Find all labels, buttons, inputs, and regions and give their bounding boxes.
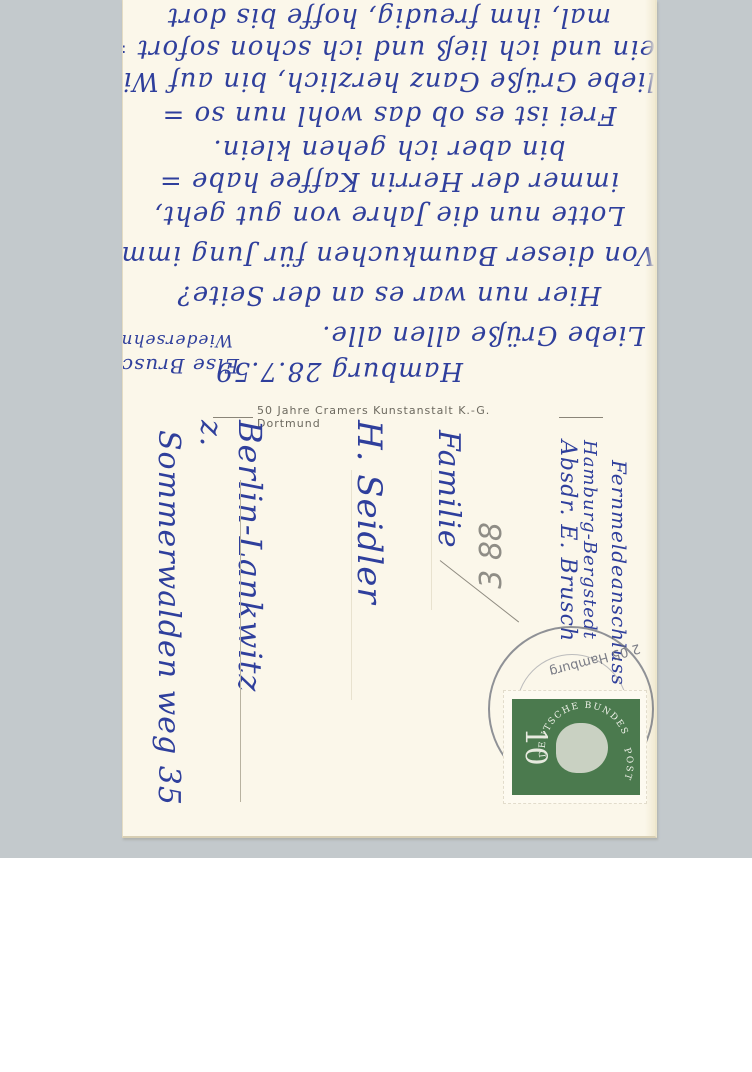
portrait-icon	[556, 723, 608, 773]
stamp-design: DEUTSCHE BUNDES POST 10	[512, 699, 640, 795]
address-street: Sommerwalden weg 35	[151, 430, 186, 830]
message-line: Liebe Grüße allen alle.	[313, 320, 653, 350]
message-line: liebe Grüße Ganz herzlich, bin auf Wiede…	[123, 66, 655, 96]
postage-stamp: DEUTSCHE BUNDES POST 10	[503, 690, 647, 804]
publisher-text: 50 Jahre Cramers Kunstanstalt K.-G. Dort…	[257, 404, 553, 430]
address-prefix: z.	[193, 420, 228, 800]
message-line: Von dieser Baumkuchen für Jung immer	[123, 240, 655, 270]
message-line: ein und ich ließ und ich schon sofort =	[123, 34, 655, 64]
signature-place-date: Hamburg 28.7.59	[243, 356, 463, 386]
divider-rule	[559, 417, 603, 418]
address-name: H. Seidler	[349, 420, 389, 720]
message-line: Hier nun war es an der Seite?	[123, 280, 655, 310]
message-line: mal, ihm freudig, hoffe bis dort	[123, 2, 655, 32]
pencil-note: 3 88	[474, 522, 509, 589]
message-line: Lotte nun die Jahre von gut geht,	[123, 200, 655, 230]
svg-text:POST: POST	[621, 747, 634, 782]
printed-publisher-line: 50 Jahre Cramers Kunstanstalt K.-G. Dort…	[213, 410, 603, 424]
stamp-value: 10	[518, 727, 553, 765]
sender-note: Fernmeldeanschluss	[607, 460, 631, 660]
message-line: Frei ist es ob das wohl nun so =	[123, 100, 655, 130]
signature-closing: Wiedersehn Ihr	[123, 330, 233, 350]
address-underline	[240, 480, 241, 802]
address-city: Berlin-Lankwitz	[231, 420, 269, 800]
message-line: immer der Herrin Kaffee habe =	[123, 166, 655, 196]
divider-rule	[213, 417, 253, 418]
message-line: bin aber ich gehen klein.	[123, 134, 655, 164]
